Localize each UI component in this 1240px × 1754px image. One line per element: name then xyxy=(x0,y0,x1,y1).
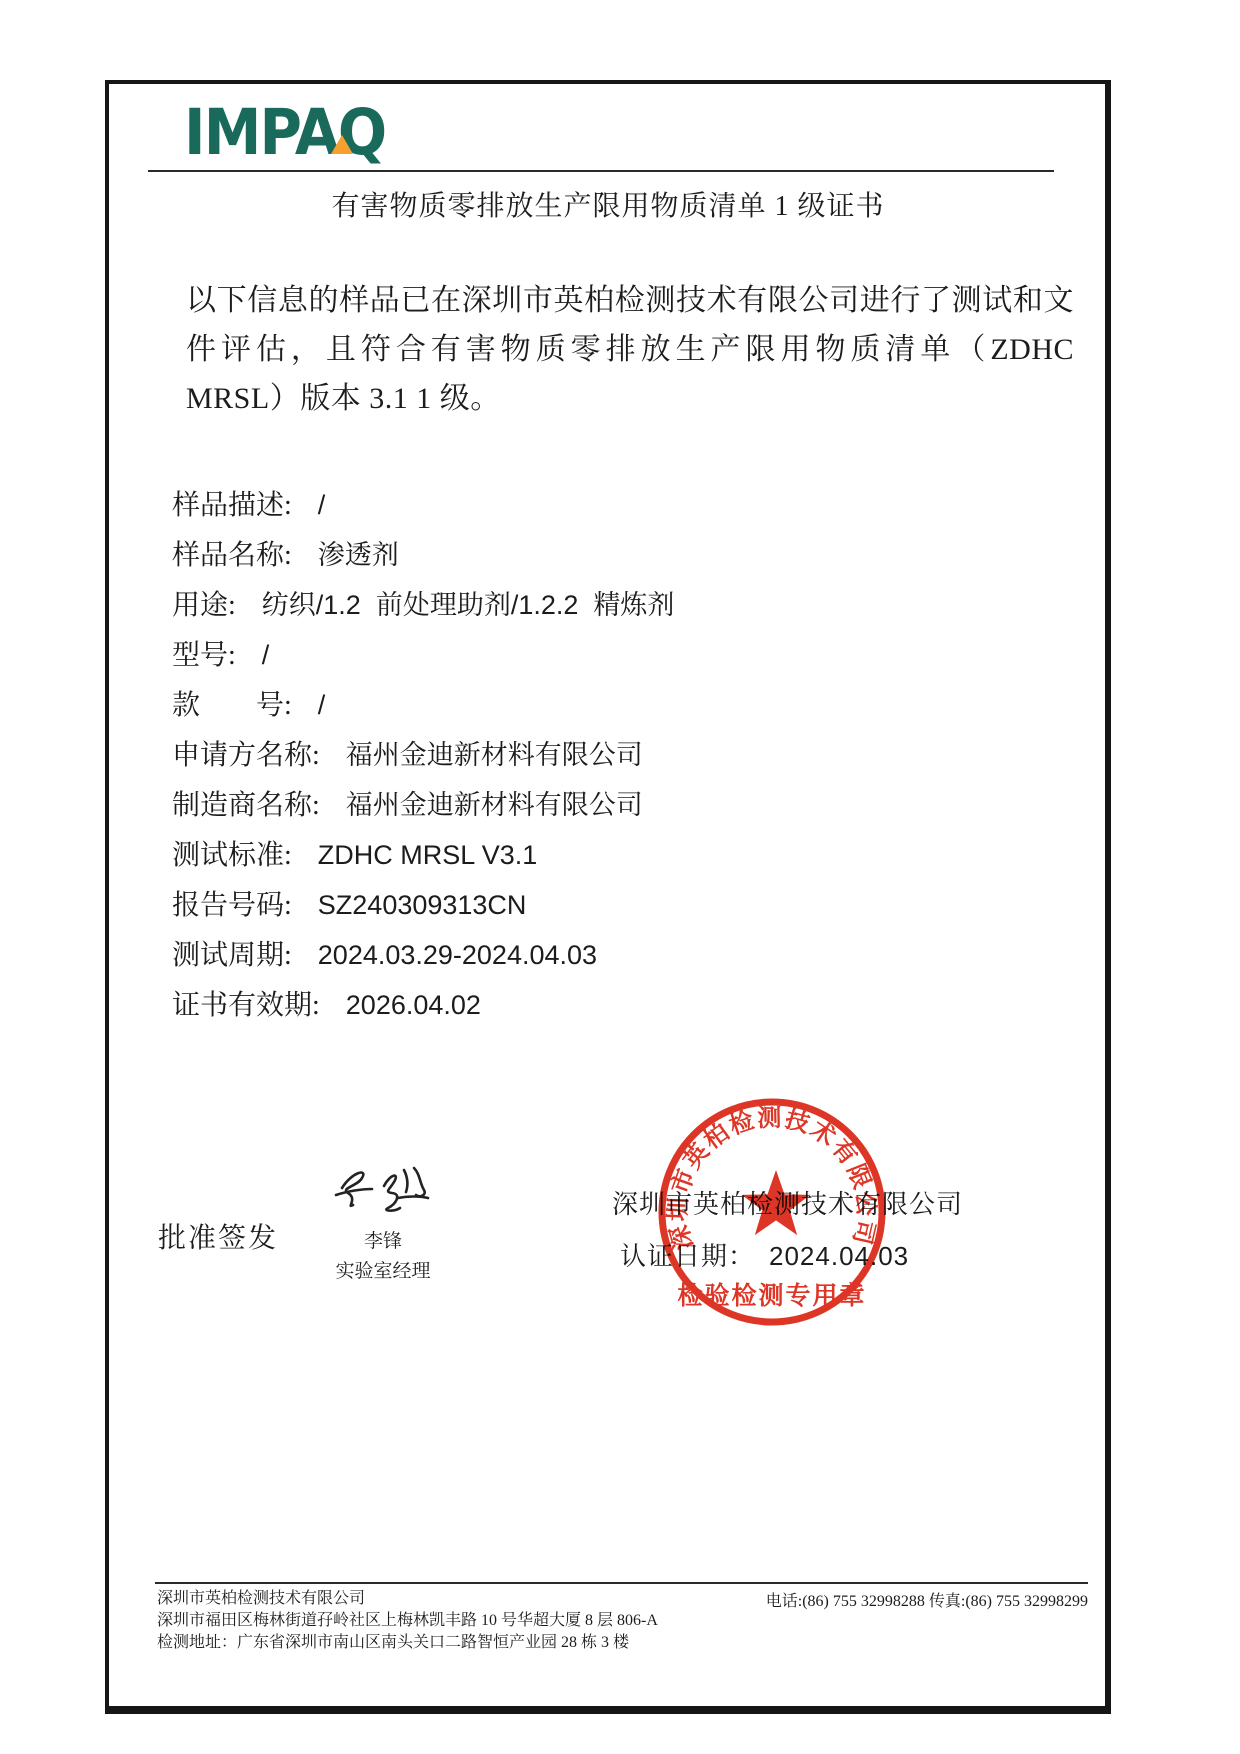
detail-label: 样品描述: xyxy=(172,490,292,521)
detail-label: 制造商名称: xyxy=(172,790,320,821)
detail-value: / xyxy=(318,690,326,720)
footer-contact: 电话:(86) 755 32998288 传真:(86) 755 3299829… xyxy=(650,1588,1088,1611)
footer-address-lab: 检测地址：广东省深圳市南山区南头关口二路智恒产业园 28 栋 3 楼 xyxy=(157,1632,937,1654)
detail-value: 2024.03.29-2024.04.03 xyxy=(318,940,597,970)
footer-divider xyxy=(155,1582,1088,1584)
detail-row-report-no: 报告号码:SZ240309313CN xyxy=(172,880,1072,930)
detail-row-style-no: 款 号:/ xyxy=(172,680,1072,730)
detail-label: 报告号码: xyxy=(172,890,292,921)
detail-row-manufacturer: 制造商名称:福州金迪新材料有限公司 xyxy=(172,780,1072,830)
detail-value: / xyxy=(262,640,270,670)
detail-label: 申请方名称: xyxy=(172,740,320,771)
detail-row-usage: 用途:纺织/1.2 前处理助剂/1.2.2 精炼剂 xyxy=(172,580,1072,630)
detail-label: 样品名称: xyxy=(172,540,292,571)
detail-label: 证书有效期: xyxy=(172,990,320,1021)
detail-row-model: 型号:/ xyxy=(172,630,1072,680)
detail-value: ZDHC MRSL V3.1 xyxy=(318,840,538,870)
detail-value: 2026.04.02 xyxy=(346,990,481,1020)
detail-label: 测试周期: xyxy=(172,940,292,971)
certificate-title: 有害物质零排放生产限用物质清单 1 级证书 xyxy=(113,184,1103,224)
signer-title: 实验室经理 xyxy=(318,1256,448,1283)
details-list: 样品描述:/ 样品名称:渗透剂 用途:纺织/1.2 前处理助剂/1.2.2 精炼… xyxy=(172,480,1072,1030)
impaq-logo: IMPAQ xyxy=(184,98,424,172)
detail-label: 型号: xyxy=(172,640,236,671)
detail-value: 渗透剂 xyxy=(318,540,399,570)
certificate-page: IMPAQ 有害物质零排放生产限用物质清单 1 级证书 以下信息的样品已在深圳市… xyxy=(0,0,1240,1754)
detail-row-applicant: 申请方名称:福州金迪新材料有限公司 xyxy=(172,730,1072,780)
header-divider xyxy=(148,170,1054,172)
detail-value: 纺织/1.2 前处理助剂/1.2.2 精炼剂 xyxy=(262,590,675,620)
company-seal: 深圳市英柏检测技术有限公司 检验检测专用章 xyxy=(652,1088,892,1340)
detail-value: 福州金迪新材料有限公司 xyxy=(346,790,643,820)
detail-label: 款 号: xyxy=(172,690,292,721)
impaq-logo-text: IMPAQ xyxy=(184,98,405,168)
logo-accent-triangle-icon xyxy=(331,135,353,154)
approve-issue-label: 批准签发 xyxy=(158,1216,278,1256)
intro-paragraph: 以下信息的样品已在深圳市英柏检测技术有限公司进行了测试和文件评估，且符合有害物质… xyxy=(186,276,1074,423)
seal-bottom-text: 检验检测专用章 xyxy=(677,1281,866,1310)
detail-label: 用途: xyxy=(172,590,236,621)
detail-row-validity: 证书有效期:2026.04.02 xyxy=(172,980,1072,1030)
detail-label: 测试标准: xyxy=(172,840,292,871)
handwritten-signature-image xyxy=(328,1162,444,1228)
detail-row-test-period: 测试周期:2024.03.29-2024.04.03 xyxy=(172,930,1072,980)
detail-value: SZ240309313CN xyxy=(318,890,527,920)
detail-value: 福州金迪新材料有限公司 xyxy=(346,740,643,770)
detail-row-sample-description: 样品描述:/ xyxy=(172,480,1072,530)
signer-name: 李锋 xyxy=(318,1226,448,1253)
detail-row-sample-name: 样品名称:渗透剂 xyxy=(172,530,1072,580)
detail-row-test-standard: 测试标准:ZDHC MRSL V3.1 xyxy=(172,830,1072,880)
footer-address-office: 深圳市福田区梅林街道孖岭社区上梅林凯丰路 10 号华超大厦 8 层 806-A xyxy=(157,1610,937,1632)
seal-star-icon xyxy=(742,1170,810,1235)
detail-value: / xyxy=(318,490,326,520)
